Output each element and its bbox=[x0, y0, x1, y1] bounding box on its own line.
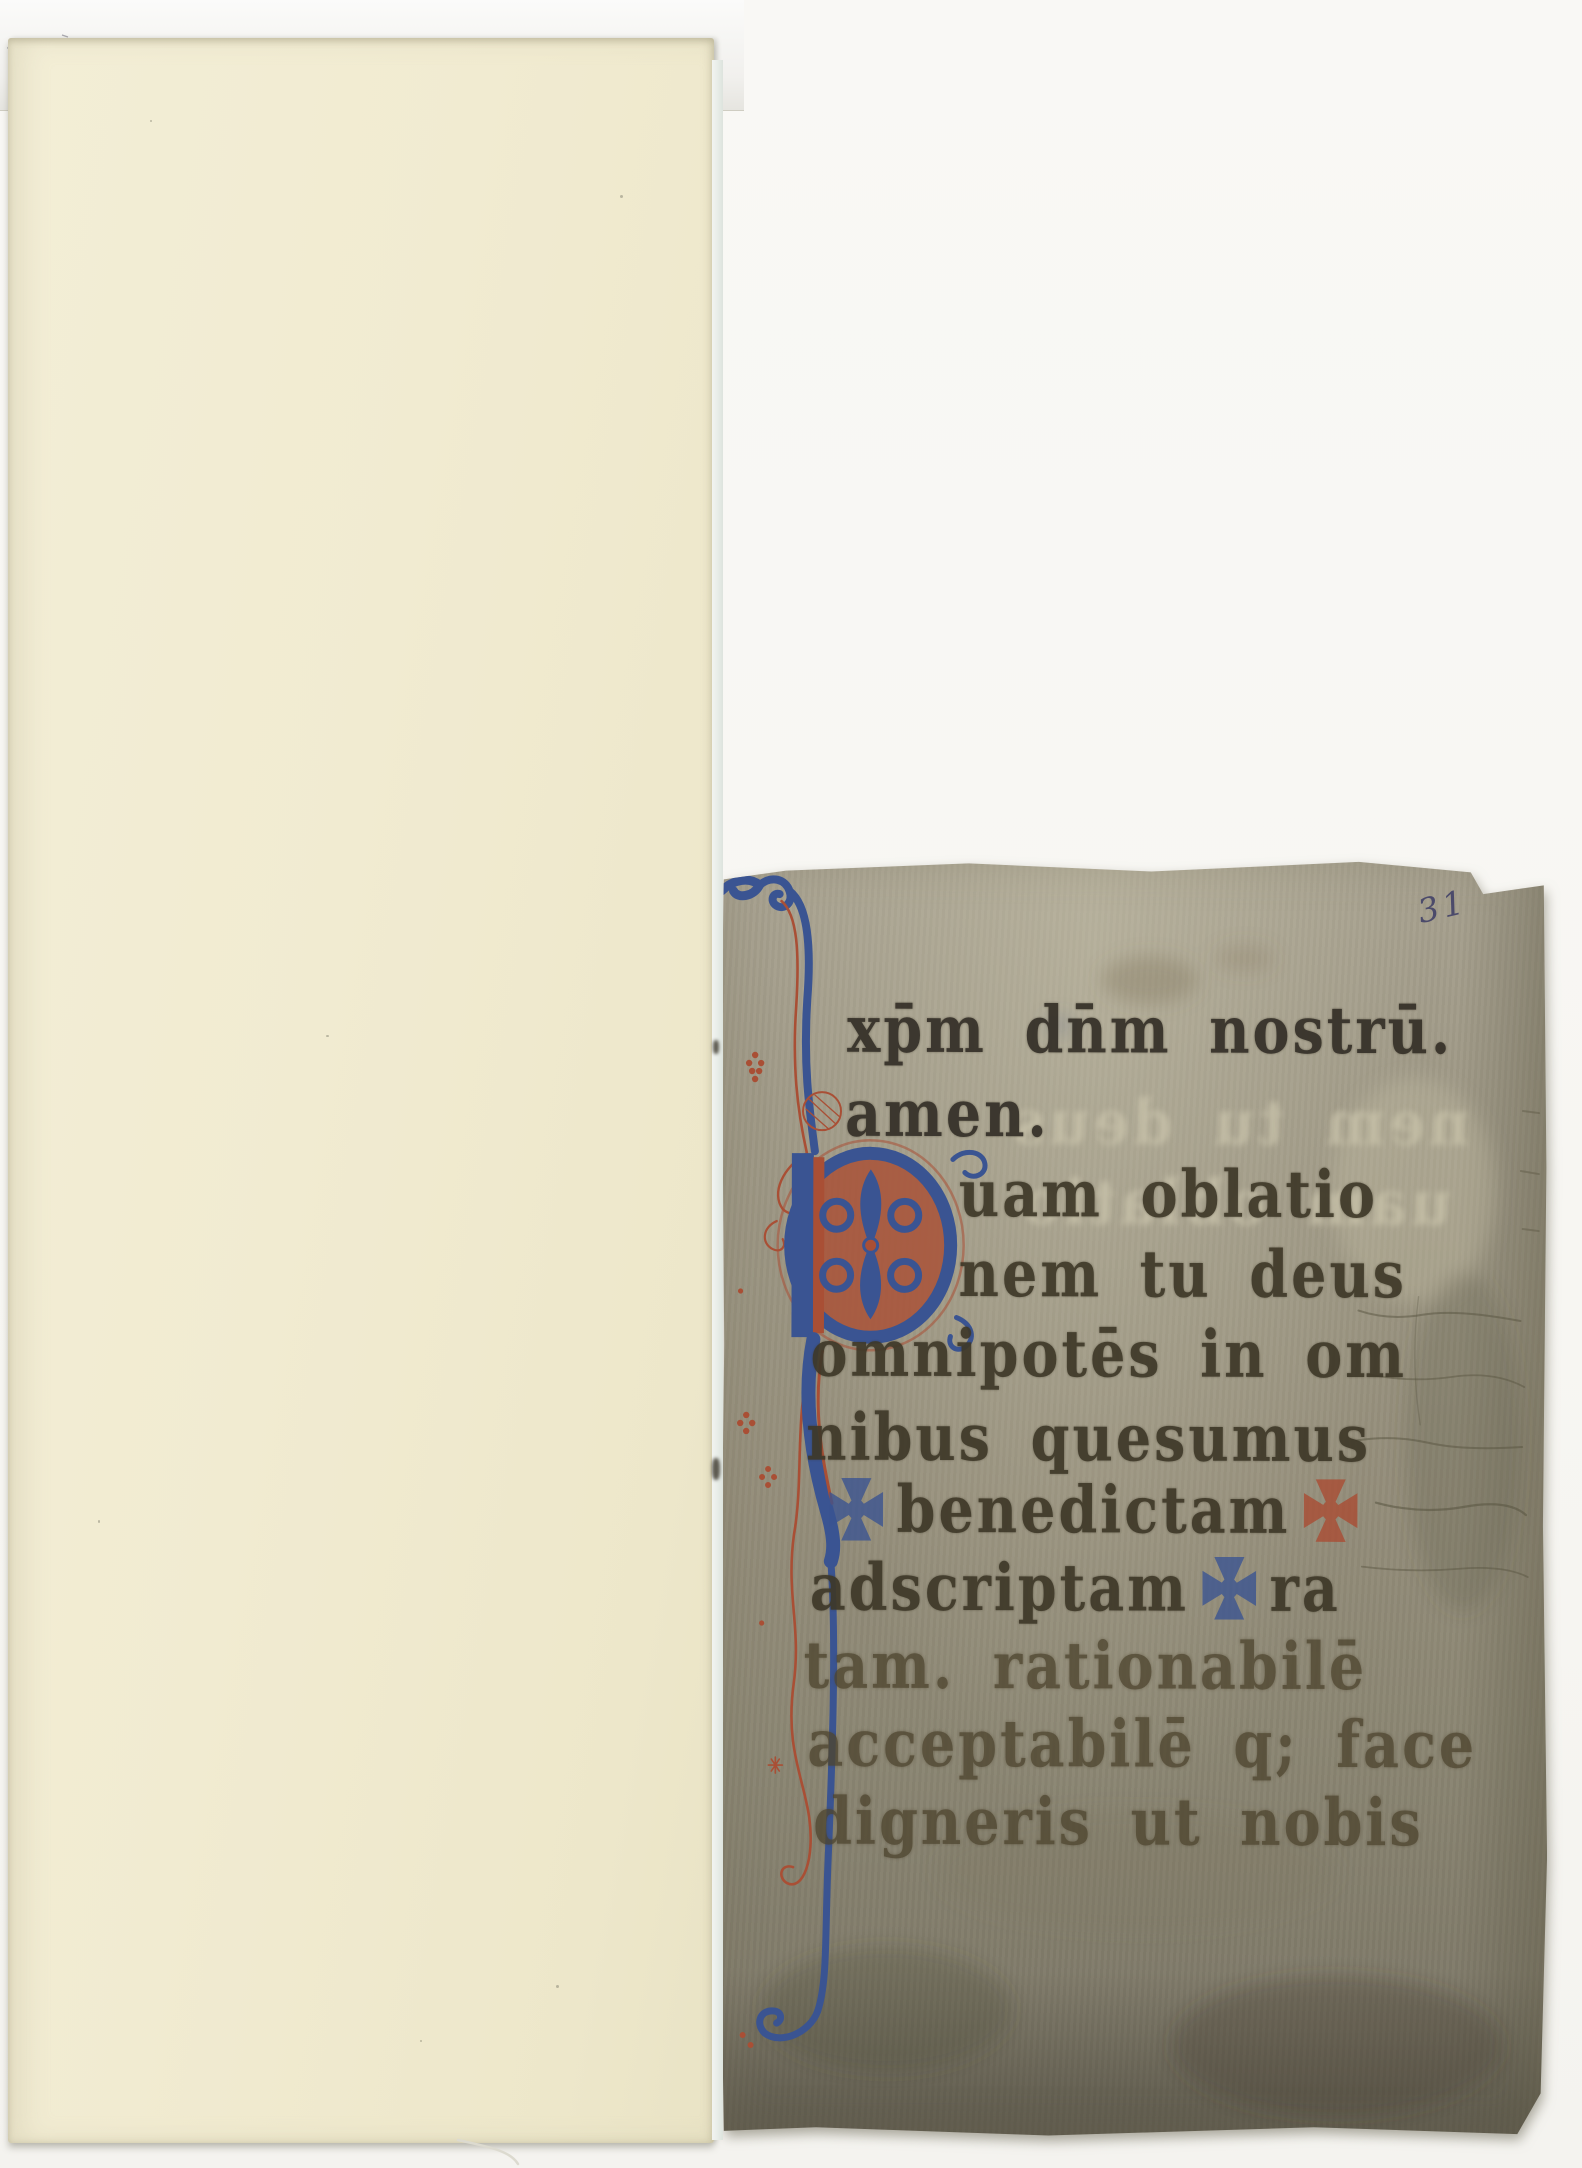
text-line-5: omnipotēs in om bbox=[810, 1315, 1407, 1393]
paper-speck bbox=[420, 2040, 422, 2042]
blessing-cross-icon bbox=[829, 1478, 883, 1541]
page-edge-sliver bbox=[712, 60, 723, 2140]
manuscript-leaf: nem tu deus uam oblatio bbox=[718, 860, 1548, 2137]
text-line-9: tam. rationabilē bbox=[803, 1627, 1367, 1705]
blessing-cross-icon bbox=[1304, 1479, 1358, 1542]
text-line-4: nem tu deus bbox=[958, 1236, 1407, 1313]
text-line-8-word2: ra bbox=[1270, 1550, 1341, 1626]
album-page bbox=[8, 38, 714, 2143]
red-dot-clusters bbox=[735, 1052, 778, 2048]
text-line-1: xp̄m dn̄m nostrū. bbox=[847, 991, 1453, 1069]
text-line-6: nibus quesumus bbox=[806, 1399, 1371, 1477]
text-line-7-word: benedictam bbox=[897, 1471, 1291, 1548]
text-line-8: adscriptamra bbox=[810, 1549, 1341, 1627]
text-line-2: amen. bbox=[845, 1075, 1050, 1152]
text-line-8-word: adscriptam bbox=[810, 1549, 1189, 1626]
edge-smudge bbox=[713, 1040, 719, 1054]
text-line-7: benedictam bbox=[816, 1471, 1371, 1549]
paper-speck bbox=[620, 195, 623, 198]
paper-speck bbox=[150, 120, 152, 122]
paper-speck bbox=[326, 1035, 329, 1037]
text-line-10: acceptabilē q; face bbox=[807, 1705, 1477, 1783]
edge-smudge bbox=[712, 1458, 720, 1480]
paper-speck bbox=[556, 1985, 559, 1988]
text-line-11: digneris ut nobis bbox=[813, 1783, 1424, 1861]
paper-speck bbox=[98, 1520, 100, 1523]
thread bbox=[452, 2136, 532, 2168]
manuscript-photograph: nem tu deus uam oblatio bbox=[0, 0, 1582, 2168]
blessing-cross-icon bbox=[1202, 1557, 1256, 1620]
parchment-surface: nem tu deus uam oblatio bbox=[716, 859, 1549, 2138]
text-line-3: uam oblatio bbox=[959, 1156, 1378, 1233]
